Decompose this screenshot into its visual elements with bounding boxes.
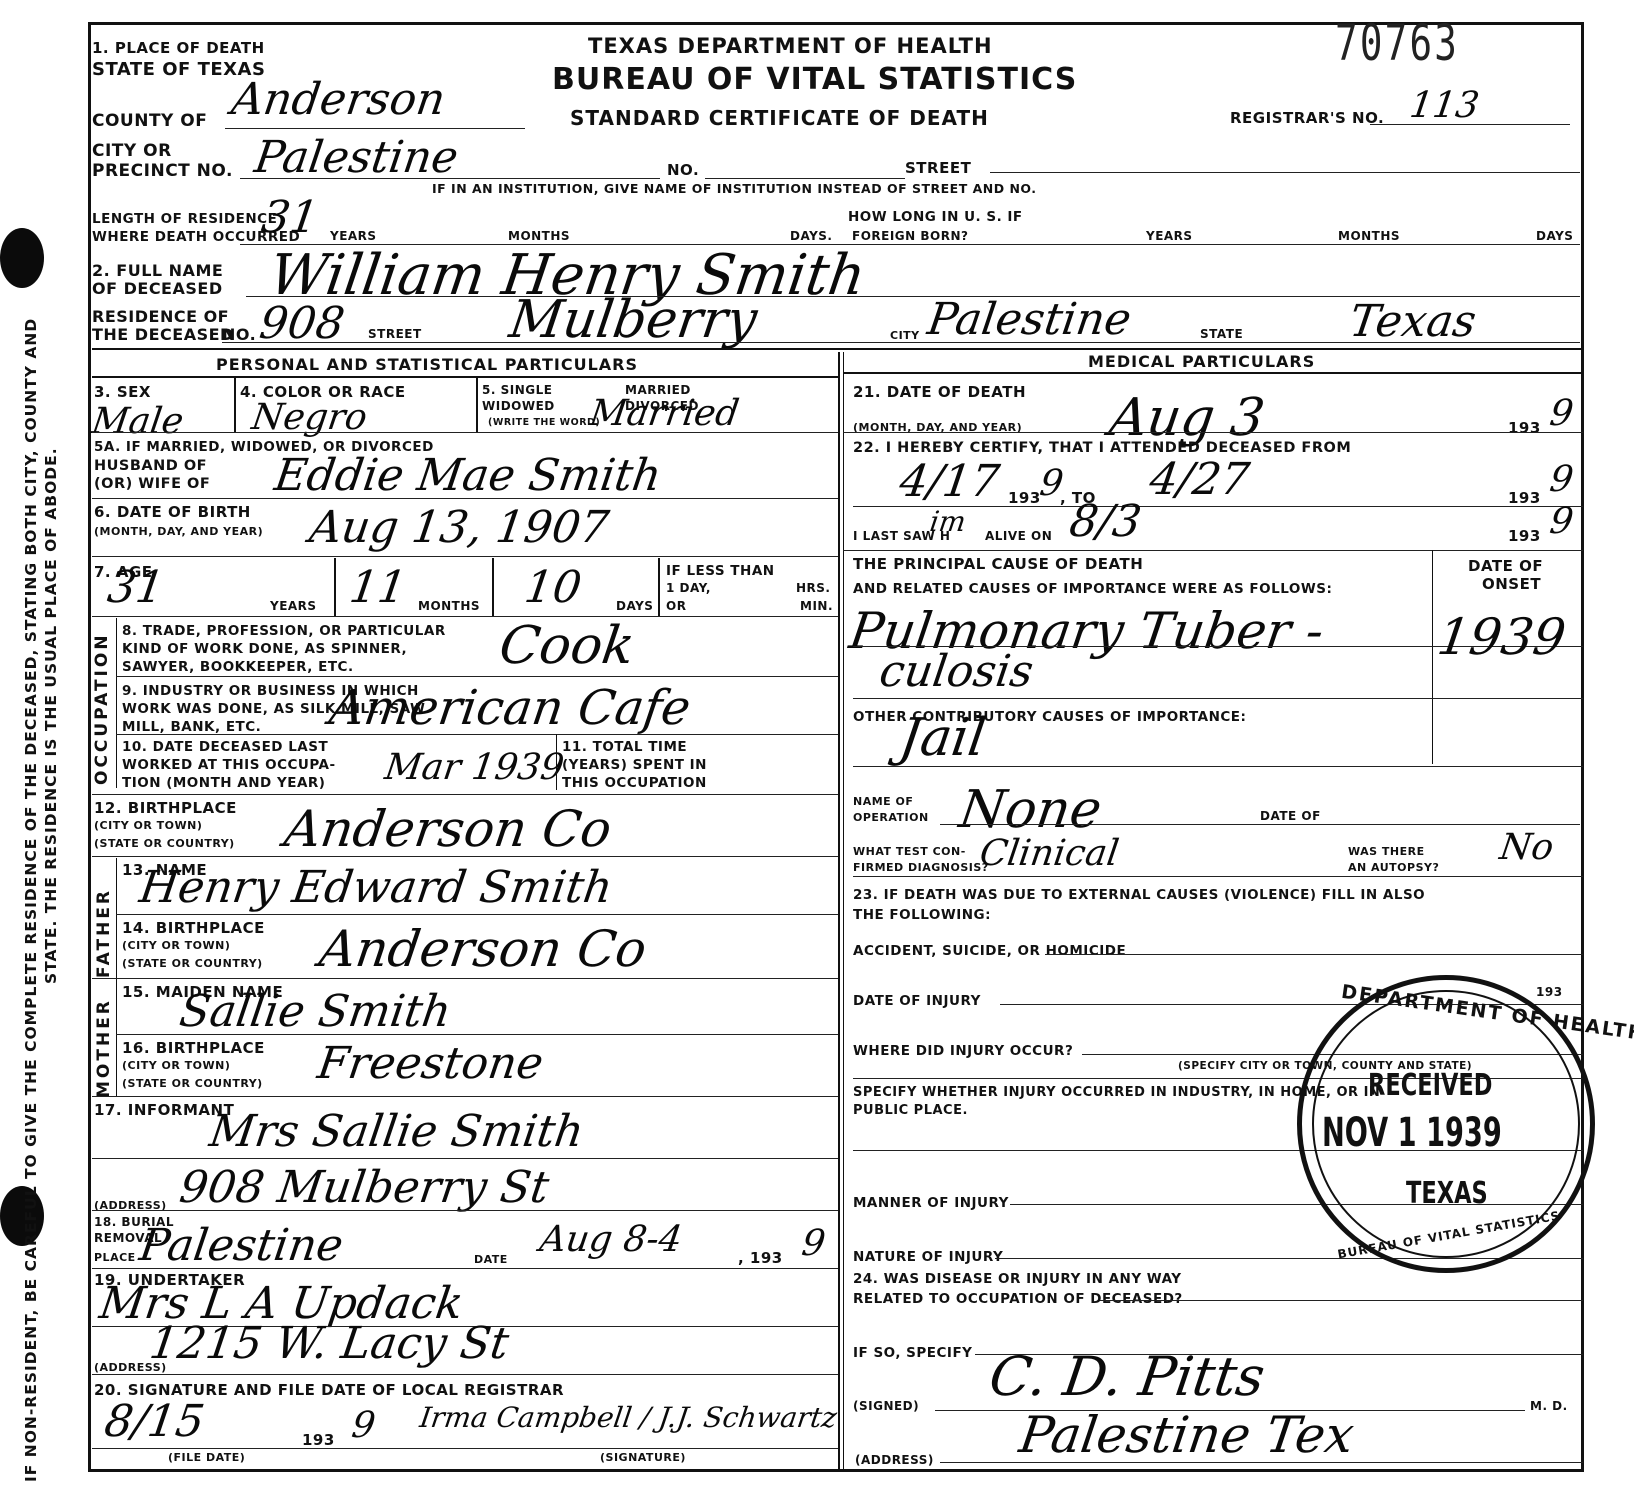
- residence-street-value: Mulberry: [506, 294, 760, 346]
- spouse-value: Eddie Mae Smith: [272, 454, 664, 498]
- county-underline: [225, 128, 525, 129]
- sex-value: Male: [89, 404, 185, 440]
- last-saw-him-value: im: [928, 508, 967, 536]
- age-divider-1: [334, 558, 336, 616]
- informant-address-value: 908 Mulberry St: [177, 1166, 552, 1210]
- race-marital-divider: [476, 378, 478, 432]
- sex-label: 3. SEX: [94, 384, 151, 401]
- row-rule-15: [116, 1034, 838, 1035]
- autopsy-value: No: [1497, 830, 1555, 866]
- row-rule-17a: [92, 1158, 838, 1159]
- street-underline: [990, 172, 1580, 173]
- residence-underline-2: [222, 342, 1580, 343]
- external-causes-label-2: THE FOLLOWING:: [853, 908, 991, 924]
- less-than-label-3b: MIN.: [800, 600, 833, 614]
- race-value: Negro: [249, 400, 369, 436]
- personal-section-title: PERSONAL AND STATISTICAL PARTICULARS: [216, 355, 638, 374]
- physician-address: Palestine Tex: [1016, 1410, 1357, 1460]
- medical-title-rule: [843, 372, 1583, 374]
- onset-divider: [1432, 550, 1433, 764]
- occupation-divider: [116, 618, 117, 788]
- birthplace-value: Anderson Co: [281, 804, 614, 854]
- row-rule-16: [92, 1096, 838, 1097]
- occupation-vertical-label: OCCUPATION: [92, 632, 112, 785]
- burial-date-label: DATE: [474, 1254, 508, 1267]
- cause-label-2: AND RELATED CAUSES OF IMPORTANCE WERE AS…: [853, 582, 1332, 598]
- street-label: STREET: [905, 160, 971, 177]
- sex-race-divider: [234, 378, 236, 432]
- foreign-months-label: MONTHS: [1338, 230, 1400, 244]
- father-divider: [116, 858, 117, 980]
- attended-to-year: 193: [1508, 490, 1541, 507]
- operation-label-1: NAME OF: [853, 796, 913, 809]
- marital-label-3: (WRITE THE WORD): [488, 418, 600, 429]
- residence-years-label: YEARS: [330, 230, 377, 244]
- birthplace-label-1: 12. BIRTHPLACE: [94, 800, 237, 817]
- burial-date-value: Aug 8-4: [537, 1222, 684, 1258]
- father-birthplace-label-2: (CITY OR TOWN): [122, 940, 230, 953]
- cause-line-2: culosis: [877, 650, 1036, 694]
- accident-label: ACCIDENT, SUICIDE, OR HOMICIDE: [853, 944, 1126, 960]
- age-months-label: MONTHS: [418, 600, 480, 614]
- mother-divider: [116, 980, 117, 1096]
- received-stamp: DEPARTMENT OF HEALTH RECEIVED NOV 1 1939…: [1297, 975, 1595, 1273]
- dob-label-1: 6. DATE OF BIRTH: [94, 504, 251, 521]
- last-worked-label-2: WORKED AT THIS OCCUPA-: [122, 758, 336, 774]
- injury-where-label: WHERE DID INJURY OCCUR?: [853, 1044, 1073, 1060]
- accident-underline: [1045, 954, 1583, 955]
- cause-label-1: THE PRINCIPAL CAUSE OF DEATH: [853, 556, 1143, 573]
- last-worked-label-3: TION (MONTH AND YEAR): [122, 776, 325, 792]
- row-rule-19: [92, 1374, 838, 1375]
- attended-to-value: 4/27: [1147, 458, 1252, 502]
- age-years-label: YEARS: [270, 600, 317, 614]
- file-date-label: (FILE DATE): [168, 1452, 245, 1465]
- alive-on-label: ALIVE ON: [985, 530, 1052, 544]
- age-divider-3: [658, 558, 660, 616]
- residence-city-label: CITY: [890, 330, 920, 343]
- age-divider-2: [492, 558, 494, 616]
- dod-year-prefix: 193: [1508, 420, 1541, 437]
- mother-birthplace-label-2: (CITY OR TOWN): [122, 1060, 230, 1073]
- total-time-label-1: 11. TOTAL TIME: [562, 740, 687, 756]
- autopsy-label-1: WAS THERE: [1348, 846, 1425, 859]
- father-vertical-label: FATHER: [94, 888, 114, 978]
- injury-date-label: DATE OF INJURY: [853, 994, 981, 1010]
- operation-date-label: DATE OF: [1260, 810, 1321, 824]
- external-causes-label-1: 23. IF DEATH WAS DUE TO EXTERNAL CAUSES …: [853, 888, 1425, 904]
- attended-from-year: 193: [1008, 490, 1041, 507]
- occupational-underline: [1100, 1300, 1583, 1301]
- md-label: M. D.: [1530, 1400, 1568, 1414]
- age-days-value: 10: [522, 566, 584, 610]
- residence-label-1: RESIDENCE OF: [92, 308, 229, 326]
- date-of-death-value: Aug 3: [1106, 392, 1267, 444]
- test-label-2: FIRMED DIAGNOSIS?: [853, 862, 989, 875]
- certify-label: 22. I HEREBY CERTIFY, THAT I ATTENDED DE…: [853, 440, 1351, 457]
- dob-value: Aug 13, 1907: [307, 506, 611, 550]
- city-value: Palestine: [252, 136, 461, 180]
- row-rule-12: [92, 856, 838, 857]
- injury-year-label: 193: [1536, 986, 1563, 1000]
- last-saw-date-value: 8/3: [1067, 500, 1144, 544]
- age-months-value: 11: [347, 566, 409, 610]
- registrar-signature-underline: [92, 1448, 838, 1449]
- informant-value: Mrs Sallie Smith: [207, 1110, 586, 1154]
- stamp-received: RECEIVED: [1368, 1068, 1492, 1103]
- operation-value: None: [956, 784, 1104, 836]
- burial-label-3: PLACE: [94, 1252, 136, 1265]
- foreign-label-1: HOW LONG IN U. S. IF: [848, 210, 1023, 226]
- trade-label-2: KIND OF WORK DONE, AS SPINNER,: [122, 642, 407, 658]
- marital-value: Married: [587, 396, 741, 432]
- residence-street-label: STREET: [368, 328, 422, 342]
- residence-years-value: 31: [259, 196, 321, 240]
- other-causes-value: Jail: [896, 712, 988, 764]
- department-title: TEXAS DEPARTMENT OF HEALTH: [588, 34, 993, 58]
- trade-label-3: SAWYER, BOOKKEEPER, ETC.: [122, 660, 354, 676]
- registrar-signature: Irma Campbell / J.J. Schwartz: [418, 1404, 839, 1432]
- city-label-1: CITY OR: [92, 142, 172, 162]
- row-rule-9: [116, 734, 838, 735]
- residence-state-label: STATE: [1200, 328, 1243, 342]
- marital-label-2: WIDOWED: [482, 400, 555, 414]
- spouse-label-2: HUSBAND OF: [94, 458, 207, 475]
- signed-label: (SIGNED): [853, 1400, 919, 1414]
- foreign-years-label: YEARS: [1146, 230, 1193, 244]
- nature-label: NATURE OF INJURY: [853, 1250, 1003, 1266]
- section-divider-top: [92, 348, 1582, 350]
- marital-label-1: 5. SINGLE: [482, 384, 552, 398]
- stamp-date: NOV 1 1939: [1322, 1110, 1502, 1156]
- less-than-label-2: 1 DAY,: [666, 582, 711, 596]
- test-underline: [853, 876, 1583, 877]
- cause-underline-2: [853, 698, 1583, 699]
- date-of-death-label: 21. DATE OF DEATH: [853, 384, 1026, 401]
- last-saw-underline: [843, 550, 1583, 551]
- stamp-state: TEXAS: [1406, 1176, 1488, 1211]
- occupational-label-1: 24. WAS DISEASE OR INJURY IN ANY WAY: [853, 1272, 1182, 1288]
- residence-label-2: THE DECEASED: [92, 326, 234, 344]
- row-rule-17: [92, 1210, 838, 1211]
- physician-address-label: (ADDRESS): [855, 1454, 934, 1468]
- less-than-label-2b: HRS.: [796, 582, 830, 596]
- test-label-1: WHAT TEST CON-: [853, 846, 966, 859]
- mother-birthplace-label-3: (STATE OR COUNTRY): [122, 1078, 263, 1091]
- county-label: COUNTY OF: [92, 112, 207, 132]
- column-divider-2: [843, 352, 844, 1472]
- medical-section-title: MEDICAL PARTICULARS: [1088, 352, 1315, 371]
- row-rule-14: [92, 978, 838, 979]
- last-worked-value: Mar 1939: [382, 750, 566, 786]
- registrar-underline: [1370, 124, 1570, 125]
- place-of-death-label: 1. PLACE OF DEATH: [92, 40, 265, 57]
- birthplace-label-2: (CITY OR TOWN): [94, 820, 202, 833]
- dod-underline: [843, 432, 1583, 433]
- row-rule-13: [116, 914, 838, 915]
- address-underline: [940, 1462, 1583, 1463]
- no-underline: [705, 178, 905, 179]
- column-divider: [838, 352, 840, 1472]
- less-than-label-3: OR: [666, 600, 686, 614]
- full-name-label-1: 2. FULL NAME: [92, 262, 223, 280]
- father-birthplace-label-1: 14. BIRTHPLACE: [122, 920, 265, 937]
- residence-days-label: DAYS.: [790, 230, 833, 244]
- last-saw-year: 193: [1508, 528, 1541, 545]
- residence-no-value: 908: [257, 302, 347, 346]
- onset-value: 1939: [1434, 612, 1568, 662]
- attended-from-value: 4/17: [897, 460, 1002, 504]
- father-birthplace-label-3: (STATE OR COUNTRY): [122, 958, 263, 971]
- onset-label-1: DATE OF: [1468, 558, 1543, 575]
- total-time-label-2: (YEARS) SPENT IN: [562, 758, 707, 774]
- institution-note: IF IN AN INSTITUTION, GIVE NAME OF INSTI…: [432, 182, 1037, 196]
- residence-length-label-1: LENGTH OF RESIDENCE: [92, 212, 277, 228]
- last-worked-divider: [556, 734, 557, 790]
- signature-label: (SIGNATURE): [600, 1452, 686, 1465]
- residence-city-value: Palestine: [925, 298, 1134, 342]
- trade-value: Cook: [496, 620, 637, 672]
- operation-underline: [940, 824, 1580, 825]
- less-than-label-1: IF LESS THAN: [666, 564, 775, 580]
- file-date-value: 8/15: [102, 1400, 207, 1444]
- personal-title-rule: [92, 376, 838, 378]
- birthplace-label-3: (STATE OR COUNTRY): [94, 838, 235, 851]
- father-name-value: Henry Edward Smith: [137, 866, 615, 910]
- registrar-no-label: REGISTRAR'S NO.: [1230, 110, 1384, 127]
- spouse-label-3: (OR) WIFE OF: [94, 476, 210, 493]
- physician-signature: C. D. Pitts: [986, 1350, 1268, 1404]
- manner-label: MANNER OF INJURY: [853, 1196, 1009, 1212]
- full-name-label-2: OF DECEASED: [92, 280, 223, 298]
- certificate-number: 70763: [1335, 14, 1459, 72]
- industry-value: American Cafe: [327, 684, 694, 732]
- father-birthplace-value: Anderson Co: [316, 924, 649, 974]
- residence-state-value: Texas: [1347, 300, 1479, 344]
- operation-label-2: OPERATION: [853, 812, 929, 825]
- row-rule-7: [92, 616, 838, 617]
- row-rule-6: [92, 556, 838, 557]
- total-time-label-3: THIS OCCUPATION: [562, 776, 707, 792]
- undertaker-address-value: 1215 W. Lacy St: [147, 1322, 511, 1366]
- mother-name-value: Sallie Smith: [177, 990, 454, 1034]
- onset-label-2: ONSET: [1482, 576, 1541, 593]
- injury-place-label-2: PUBLIC PLACE.: [853, 1104, 968, 1119]
- mother-vertical-label: MOTHER: [94, 998, 114, 1098]
- foreign-days-label: DAYS: [1536, 230, 1573, 244]
- form-title: STANDARD CERTIFICATE OF DEATH: [570, 106, 989, 130]
- city-label-2: PRECINCT NO.: [92, 162, 233, 182]
- mother-birthplace-value: Freestone: [315, 1042, 546, 1086]
- row-rule-10: [92, 794, 838, 795]
- burial-year-prefix: , 193: [738, 1250, 783, 1267]
- no-label: NO.: [667, 162, 699, 179]
- bureau-title: BUREAU OF VITAL STATISTICS: [552, 62, 1077, 97]
- registrar-no-value: 113: [1407, 88, 1481, 124]
- dob-label-2: (MONTH, DAY, AND YEAR): [94, 526, 263, 539]
- foreign-label-2: FOREIGN BORN?: [852, 230, 968, 244]
- burial-place-value: Palestine: [137, 1224, 346, 1268]
- last-worked-label-1: 10. DATE DECEASED LAST: [122, 740, 328, 756]
- autopsy-label-2: AN AUTOPSY?: [1348, 862, 1439, 875]
- county-value: Anderson: [229, 78, 448, 122]
- age-years-value: 31: [105, 566, 167, 610]
- mother-birthplace-label-1: 16. BIRTHPLACE: [122, 1040, 265, 1057]
- if-so-label: IF SO, SPECIFY: [853, 1346, 972, 1362]
- age-days-label: DAYS: [616, 600, 653, 614]
- row-rule-8: [116, 676, 838, 677]
- other-causes-underline: [853, 766, 1583, 767]
- row-rule-5a: [92, 498, 838, 499]
- file-year-prefix: 193: [302, 1432, 335, 1449]
- test-value: Clinical: [977, 836, 1120, 872]
- city-underline: [240, 178, 660, 179]
- side-note-line1: IF NON-RESIDENT, BE CAREFUL TO GIVE THE …: [22, 22, 41, 1482]
- trade-label-1: 8. TRADE, PROFESSION, OR PARTICULAR: [122, 624, 446, 640]
- residence-months-label: MONTHS: [508, 230, 570, 244]
- row-rule-3: [92, 432, 838, 433]
- row-rule-18: [92, 1268, 838, 1269]
- side-note-line2: STATE. THE RESIDENCE IS THE USUAL PLACE …: [42, 447, 61, 984]
